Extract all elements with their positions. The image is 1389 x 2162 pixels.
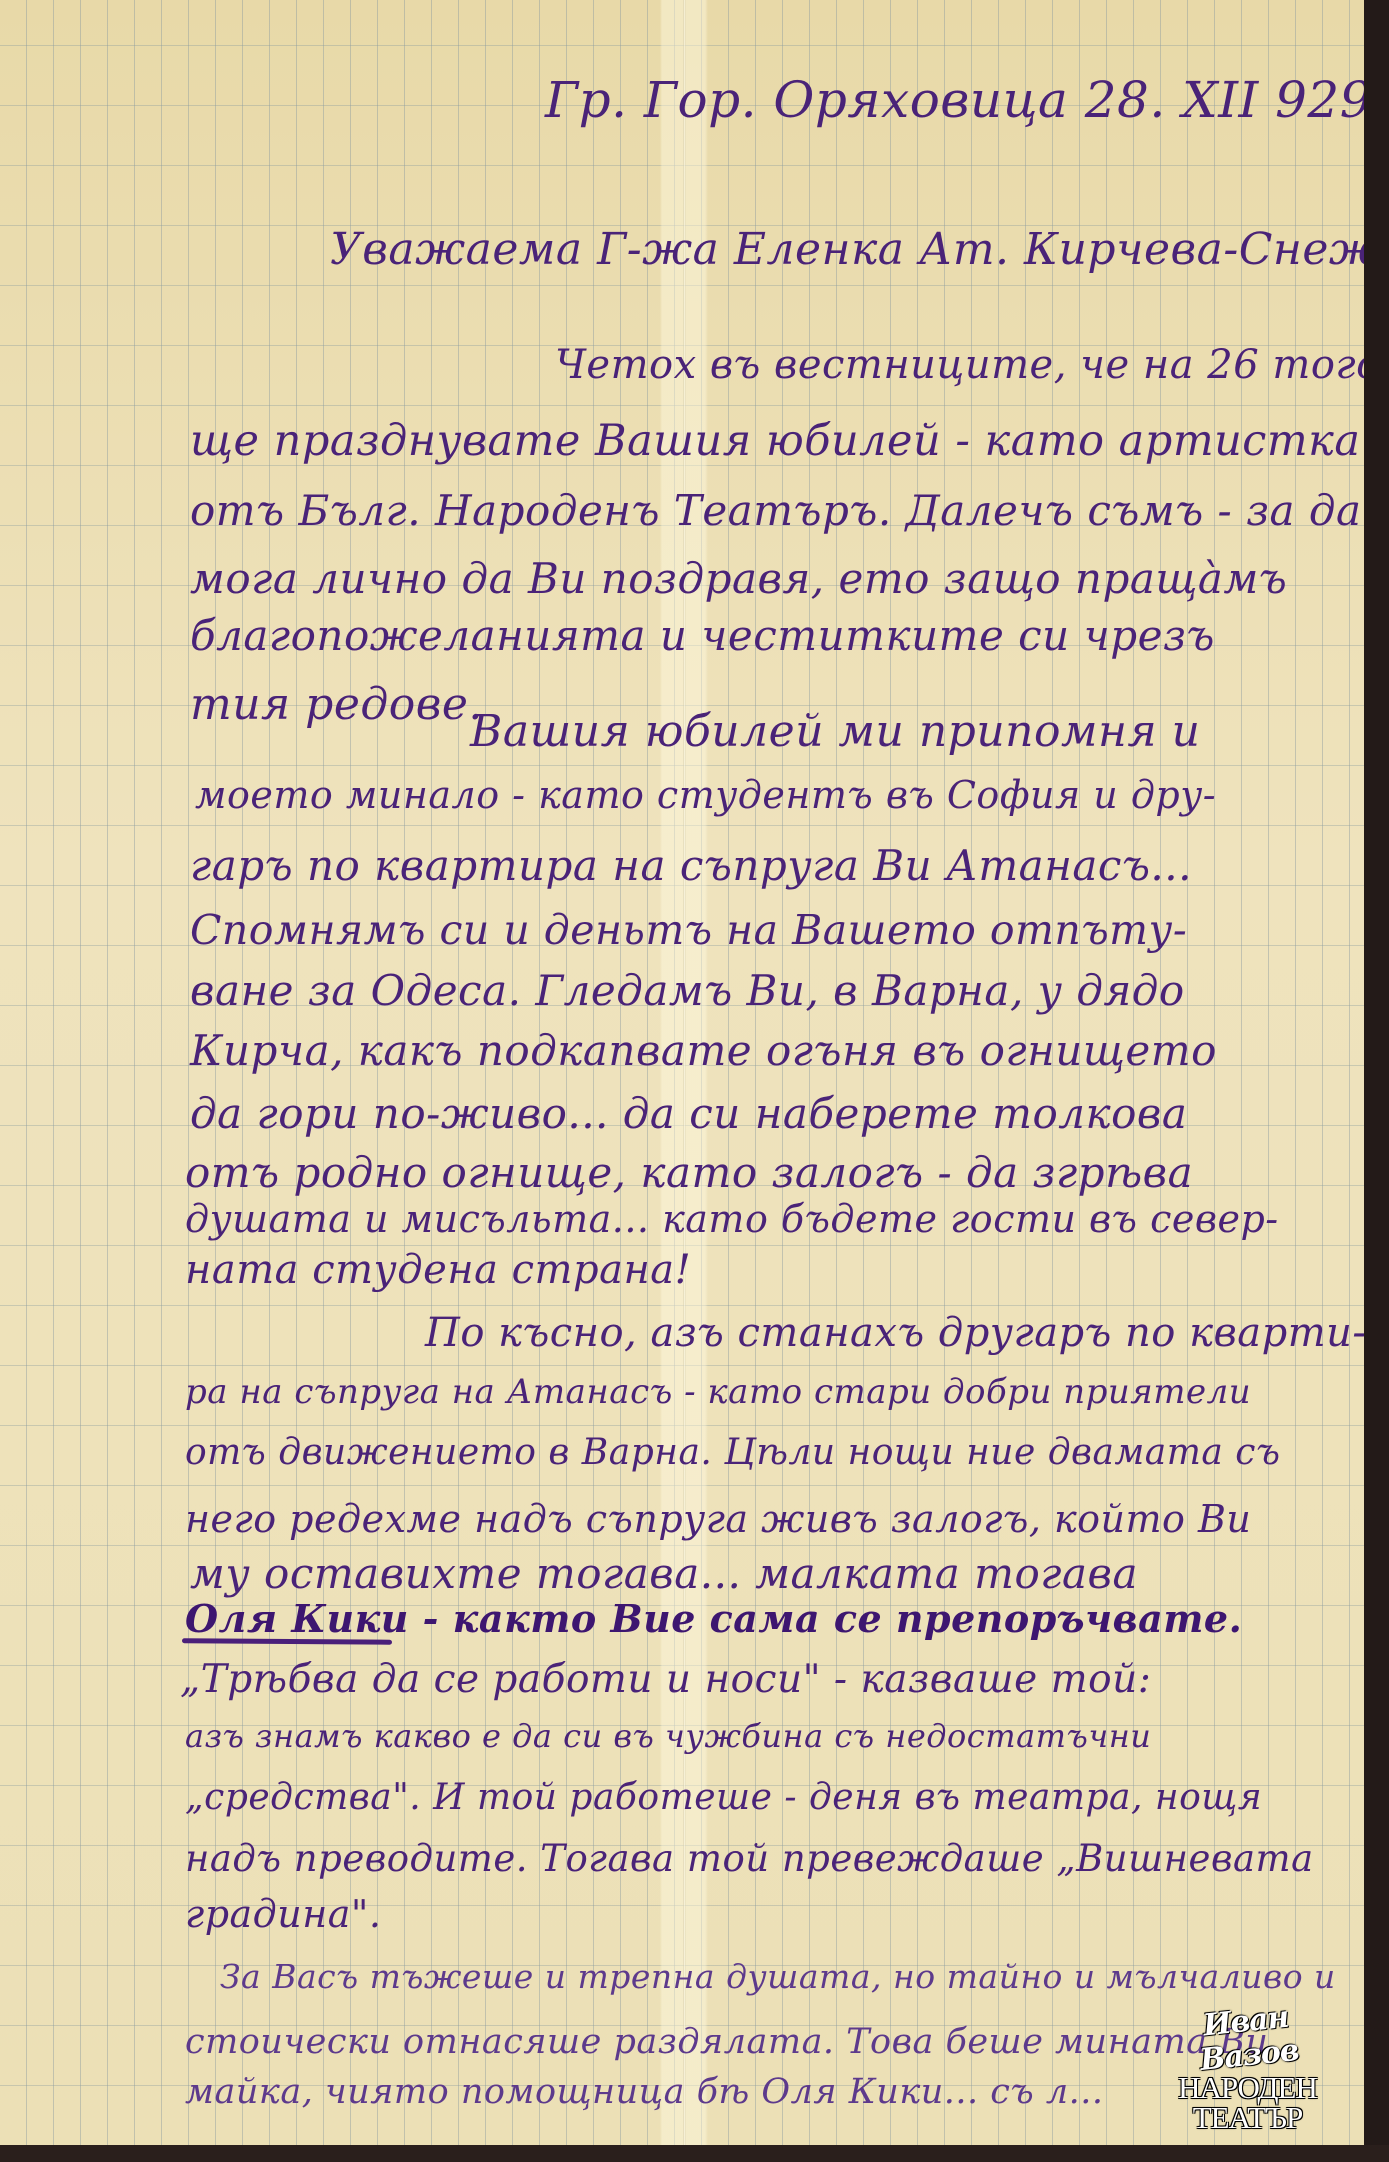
- underline-stroke: [182, 1638, 392, 1644]
- letter-line: Спомнямъ си и деньтъ на Вашето отпъту-: [190, 910, 1187, 951]
- letter-line: майка, чиято помощница бѣ Оля Кики... съ…: [185, 2075, 1104, 2110]
- salutation: Уважаема Г-жа Еленка Ат. Кирчева-Снежина…: [330, 228, 1389, 272]
- place-date-line: Гр. Гор. Оряховица 28. XII 929: [545, 75, 1372, 125]
- letter-line-underlined: Оля Кики - както Вие сама се препоръчват…: [185, 1600, 1242, 1638]
- background-edge-right: [1364, 0, 1389, 2162]
- background-edge-bottom: [0, 2145, 1389, 2162]
- logo-line-2: ТЕАТЪР: [1165, 2103, 1330, 2133]
- letter-line: ще празднувате Вашия юбилей - като артис…: [190, 420, 1360, 463]
- letter-line: ната студена страна!: [185, 1250, 691, 1290]
- letter-line: Кирча, какъ подкапвате огъня въ огнището: [190, 1030, 1217, 1072]
- letter-line: азъ знамъ какво е да си въ чужбина съ не…: [185, 1720, 1151, 1752]
- letter-line: моето минало - като студентъ въ София и …: [195, 776, 1216, 814]
- theatre-watermark-logo: Иван Вазов НАРОДЕН ТЕАТЪР: [1165, 2005, 1330, 2120]
- letter-line: него редехме надъ съпруга живъ залогъ, к…: [185, 1500, 1251, 1538]
- letter-line: благопожеланията и честитките си чрезъ: [190, 615, 1215, 657]
- letter-line: Вашия юбилей ми припомня и: [470, 710, 1200, 754]
- letter-line: За Васъ тъжеше и трепна душата, но тайно…: [220, 1960, 1336, 1993]
- letter-page: Гр. Гор. Оряховица 28. XII 929 Уважаема …: [0, 0, 1364, 2145]
- letter-line: отъ родно огнище, като залогъ - да згрѣв…: [185, 1152, 1193, 1194]
- letter-line: По късно, азъ станахъ другаръ по кварти-: [425, 1313, 1366, 1353]
- letter-line: му оставихте тогава... малката тогава: [190, 1553, 1138, 1595]
- letter-line: ра на съпруга на Атанасъ - като стари до…: [185, 1375, 1251, 1409]
- letter-line: душата и мисъльта... като бъдете гости в…: [185, 1200, 1279, 1238]
- letter-line: градина".: [185, 1895, 382, 1933]
- letter-line: стоически отнасяше раздялата. Това беше …: [185, 2025, 1268, 2060]
- letter-line: да гори по-живо... да си наберете толков…: [190, 1093, 1187, 1135]
- letter-line: Четох въ вестниците, че на 26 того: [555, 345, 1381, 385]
- letter-line: надъ преводите. Тогава той превеждаше „В…: [185, 1840, 1314, 1877]
- letter-line: „средства". И той работеше - деня въ теа…: [185, 1780, 1262, 1816]
- letter-line: ване за Одеса. Гледамъ Ви, в Варна, у дя…: [190, 970, 1185, 1012]
- letter-line: отъ Бълг. Народенъ Театъръ. Далечъ съмъ …: [190, 490, 1362, 532]
- letter-line: отъ движението в Варна. Цѣли нощи ние дв…: [185, 1435, 1280, 1471]
- letter-line: мога лично да Ви поздравя, ето защо пращ…: [190, 558, 1287, 600]
- letter-line: гаръ по квартира на съпруга Ви Атанасъ..…: [190, 845, 1192, 887]
- letter-line: „Трѣбва да се работи и носи" - казваше т…: [180, 1660, 1151, 1699]
- letter-line: тия редове.: [190, 683, 483, 727]
- logo-script-name: Иван Вазов: [1162, 1997, 1333, 2082]
